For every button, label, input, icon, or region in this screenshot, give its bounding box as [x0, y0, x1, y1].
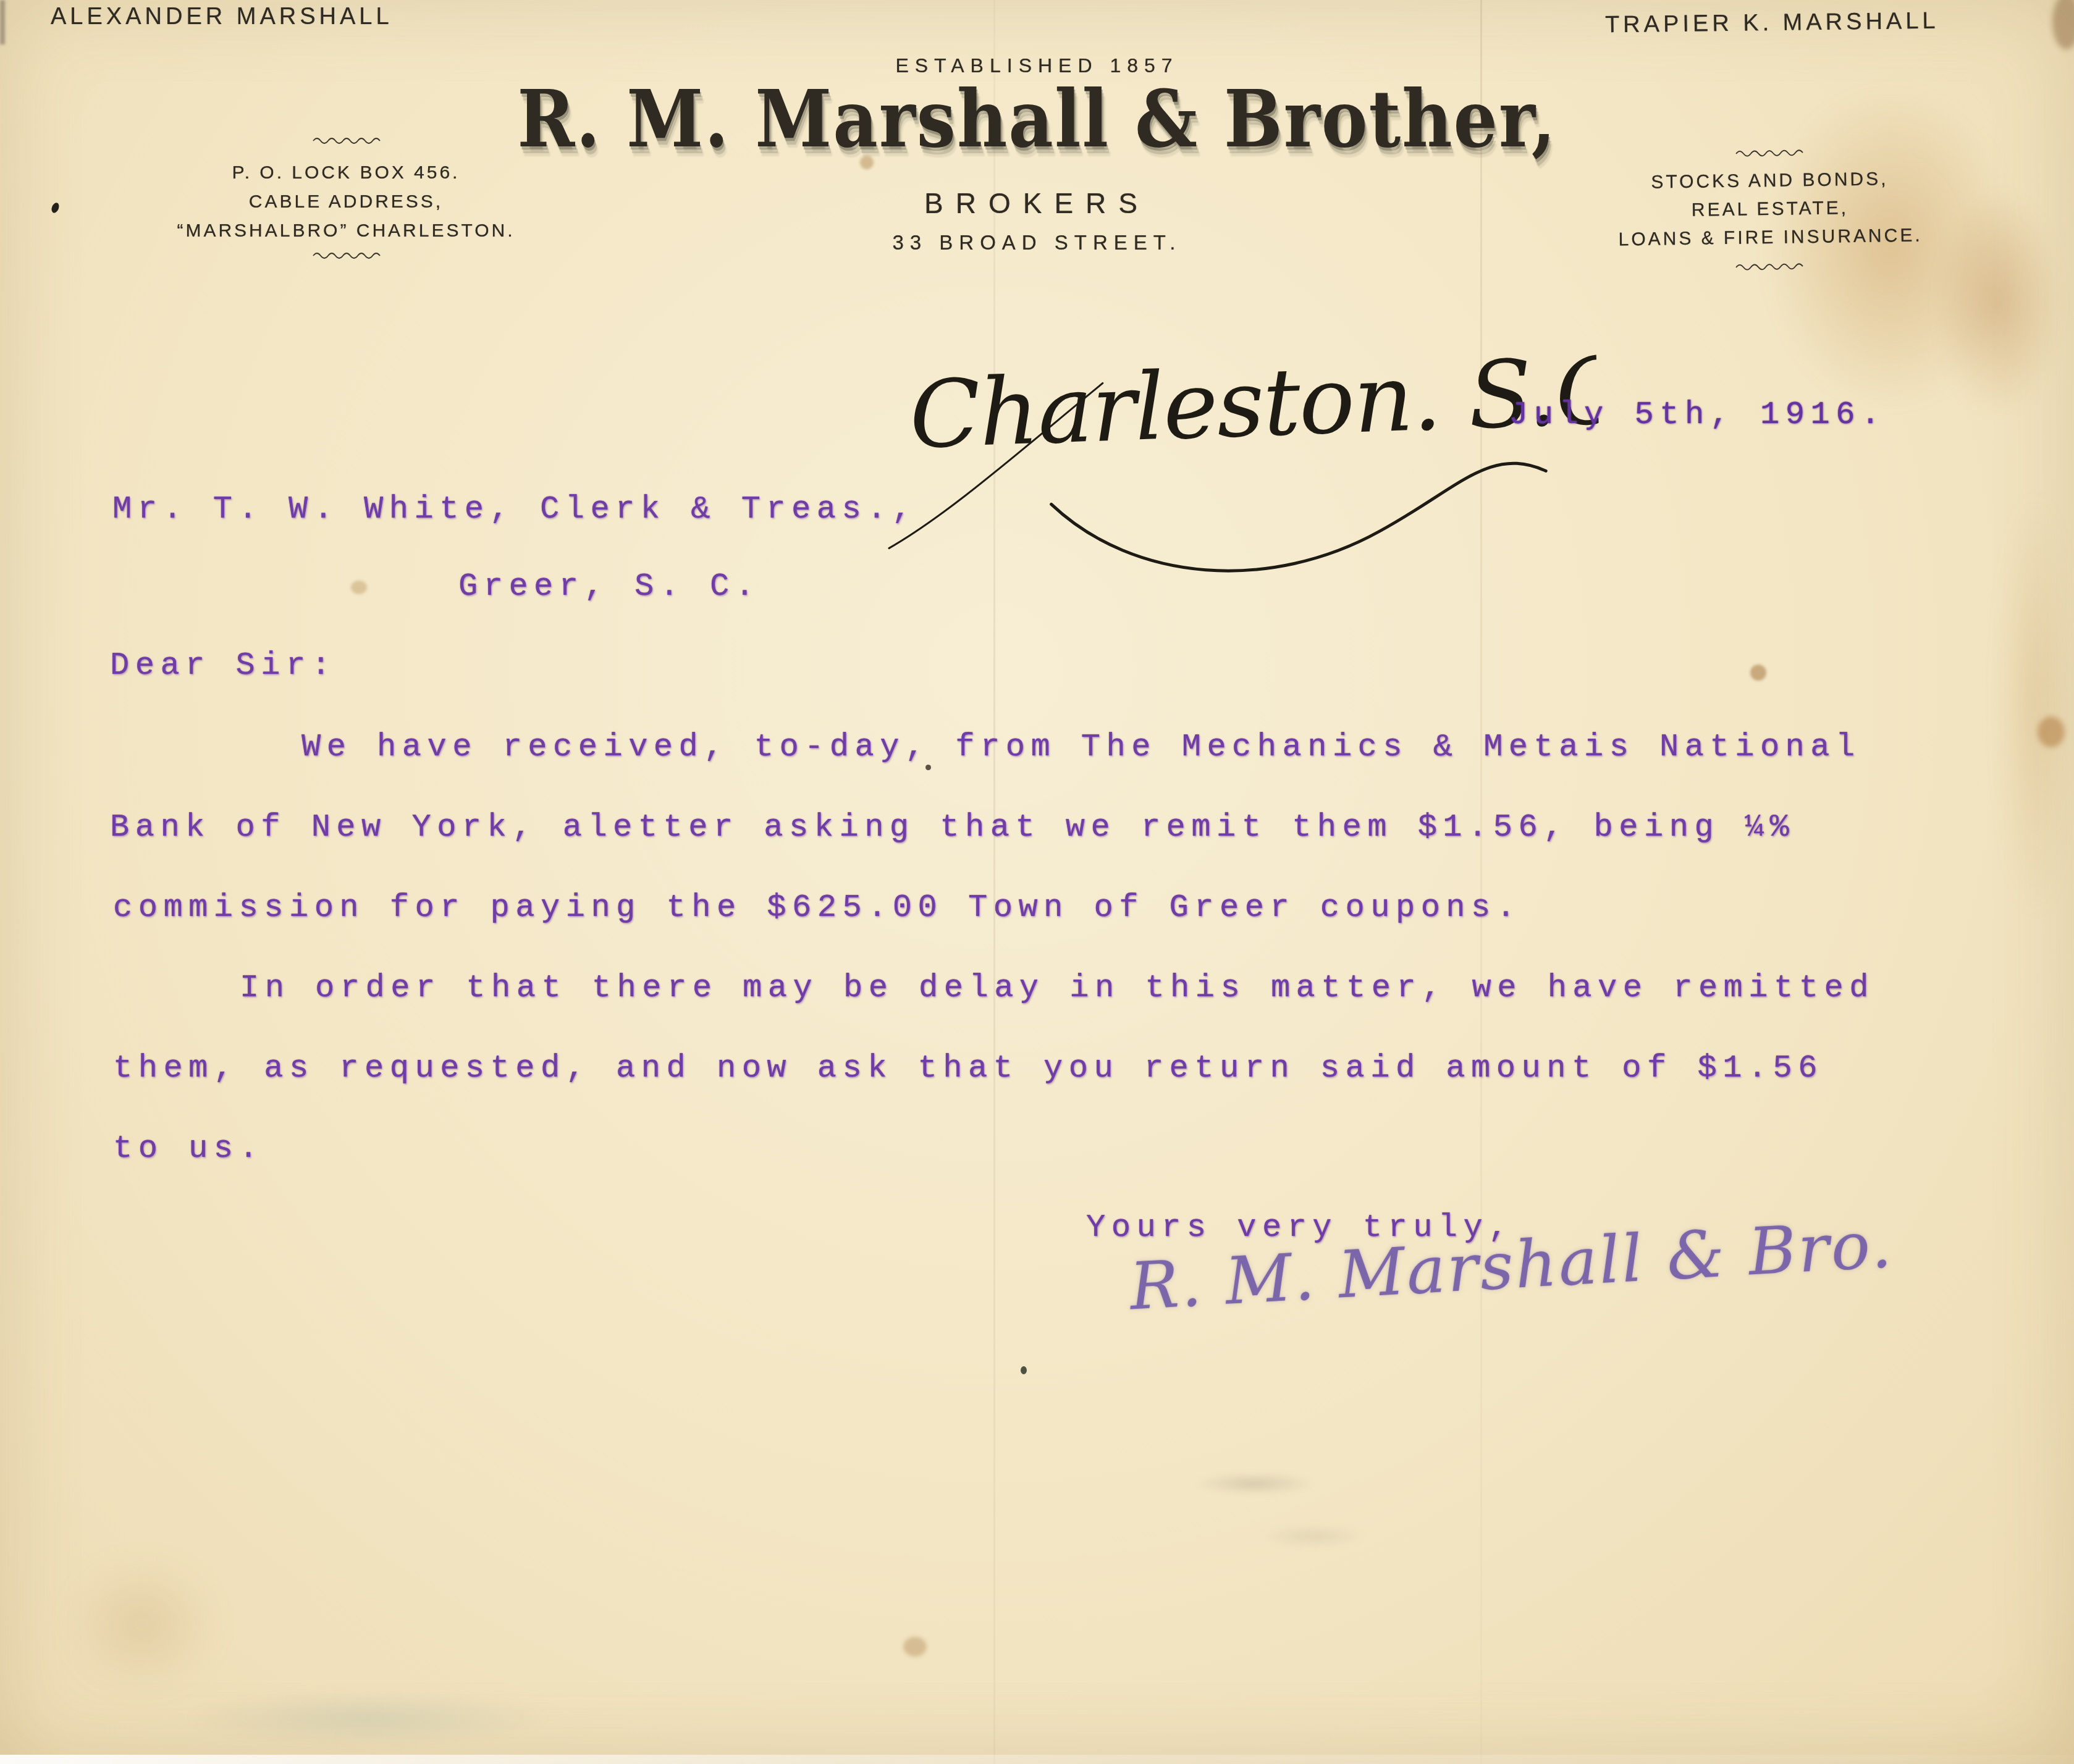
recipient-name-line: Mr. T. W. White, Clerk & Treas.,	[112, 491, 917, 527]
service-line-loans: LOANS & FIRE INSURANCE.	[1579, 221, 1962, 255]
recipient-city-line: Greer, S. C.	[458, 568, 760, 605]
po-box-line: P. O. LOCK BOX 456.	[154, 158, 537, 187]
divider-squiggle	[312, 251, 386, 259]
services-block: STOCKS AND BONDS, REAL ESTATE, LOANS & F…	[1578, 164, 1962, 255]
scan-edge-notch	[0, 0, 5, 44]
body-line: We have received, to-day, from The Mecha…	[301, 729, 1861, 765]
paper-stain	[2052, 0, 2074, 49]
divider-squiggle	[312, 136, 386, 145]
body-line: commission for paying the $625.00 Town o…	[113, 889, 1521, 926]
paper-stain	[351, 581, 367, 594]
dateline-place-flourish: Charleston. S.C.	[864, 233, 1606, 642]
cable-name-line: “MARSHALBRO” CHARLESTON.	[154, 216, 537, 245]
ink-smudge	[1242, 1523, 1384, 1549]
ink-smudge	[1174, 1469, 1334, 1498]
partner-name-right: TRAPIER K. MARSHALL	[1605, 8, 1939, 39]
ink-speck	[925, 765, 931, 770]
dateline-date: July 5th, 1916.	[1509, 397, 1886, 433]
scan-edge-strip	[0, 1755, 2074, 1764]
paper-stain	[903, 1637, 927, 1657]
divider-squiggle	[1735, 261, 1809, 271]
dateline-place-script: Charleston. S.C.	[908, 337, 1605, 470]
paper-stain	[2038, 716, 2065, 747]
cable-info-block: P. O. LOCK BOX 456. CABLE ADDRESS, “MARS…	[154, 158, 537, 245]
body-line: to us.	[113, 1130, 264, 1167]
paper-stain	[1989, 420, 2074, 988]
salutation: Dear Sir:	[110, 647, 336, 684]
divider-squiggle	[1735, 148, 1809, 157]
paper-stain	[37, 1532, 247, 1717]
paper-stain	[1750, 665, 1766, 681]
body-line: In order that there may be delay in this…	[240, 970, 1874, 1006]
cable-address-line: CABLE ADDRESS,	[154, 187, 537, 216]
partner-name-left: ALEXANDER MARSHALL	[51, 4, 393, 30]
ink-speck	[1021, 1366, 1027, 1374]
scanned-letter-page: ALEXANDER MARSHALL TRAPIER K. MARSHALL E…	[0, 0, 2074, 1764]
faded-stamp	[139, 1684, 596, 1753]
body-line: them, as requested, and now ask that you…	[113, 1050, 1823, 1086]
body-line: Bank of New York, aletter asking that we…	[110, 809, 1795, 846]
